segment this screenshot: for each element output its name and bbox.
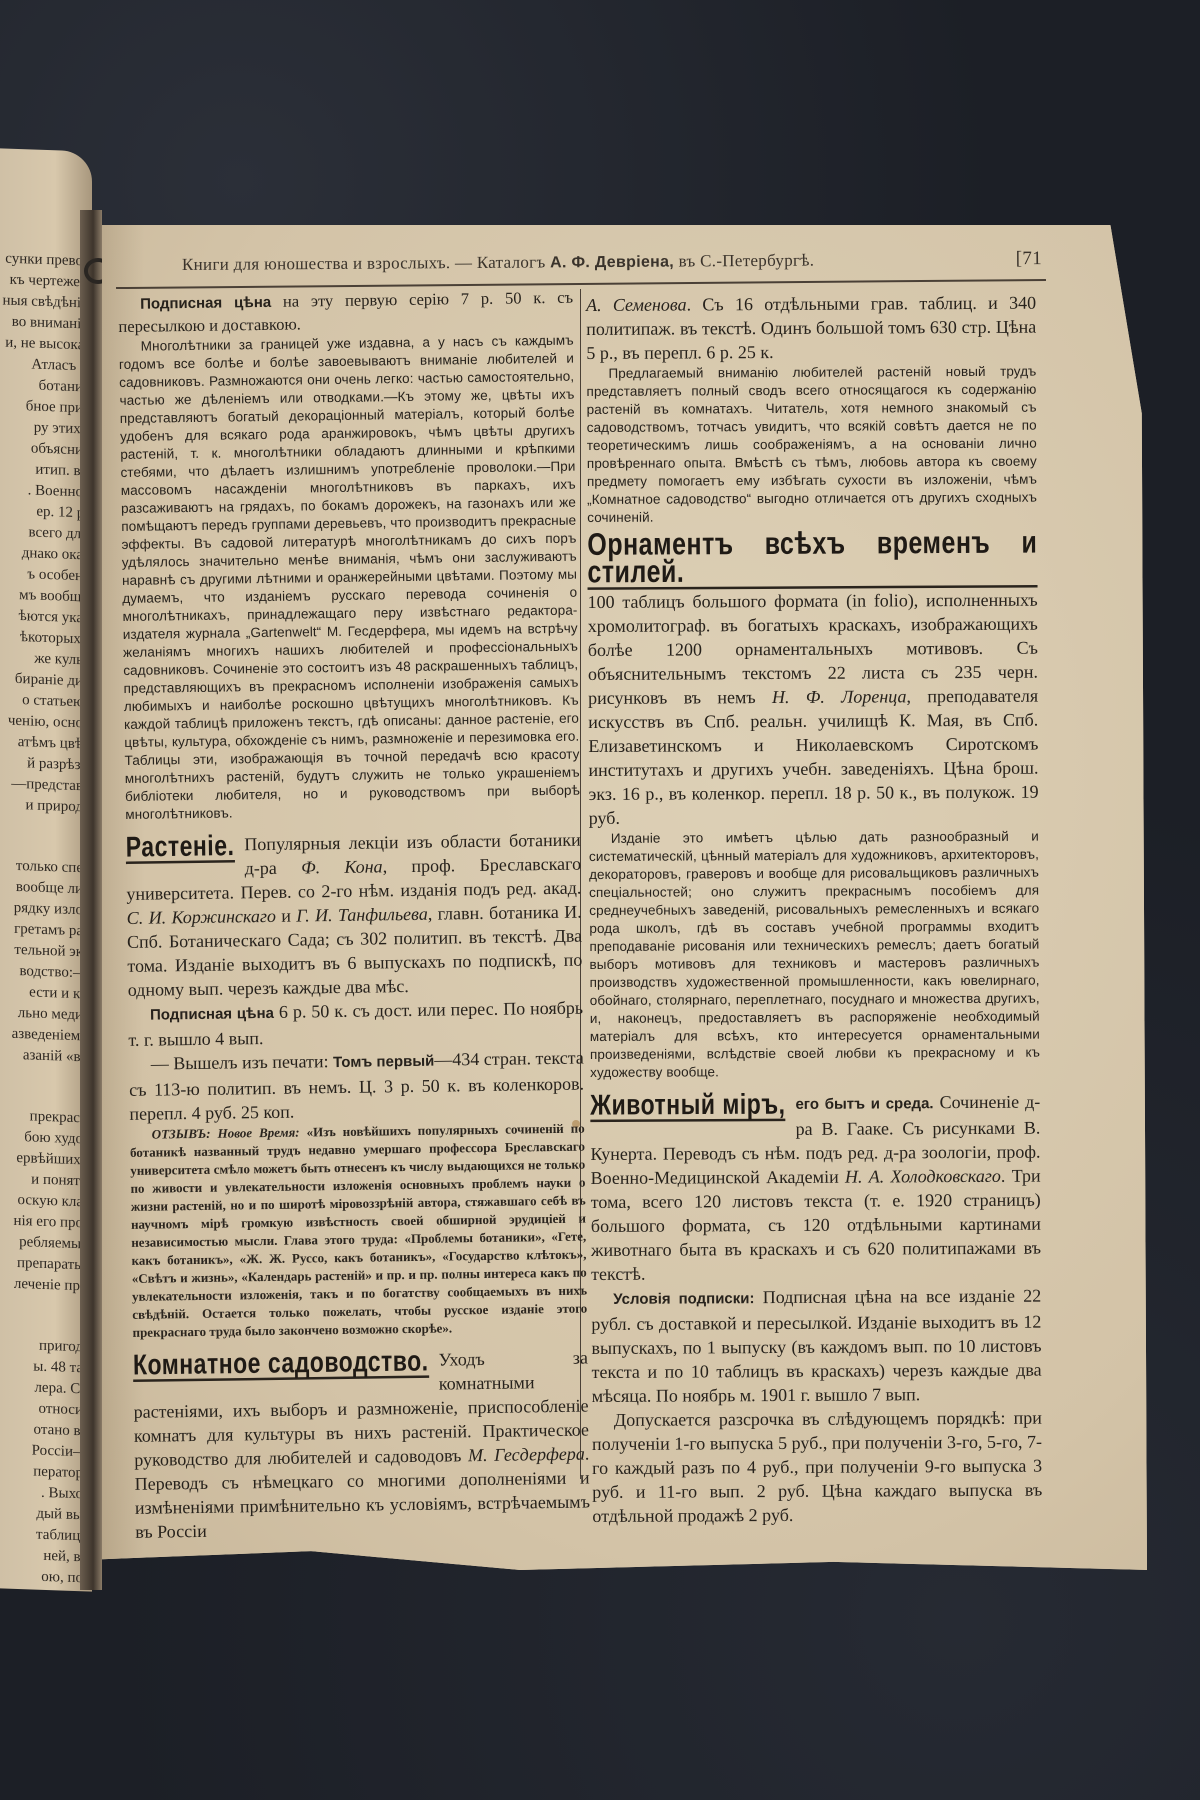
facing-page-line: объясни- — [2, 437, 88, 461]
facing-page-line: ператор- — [2, 1460, 88, 1484]
entry-heading-zhivotny: Животный міръ, — [590, 1090, 785, 1122]
facing-page-line: рядку изло- — [2, 897, 88, 921]
subscription-price-label: Подписная цѣна — [150, 1005, 274, 1024]
facing-page-line: ер. 12 р. — [2, 500, 88, 524]
facing-page-line: препараты, — [2, 1252, 88, 1276]
facing-page-line: бное при- — [2, 395, 88, 419]
facing-page-line: ы. 48 та- — [2, 1355, 88, 1379]
author-name: М. Гесдерфера — [468, 1444, 585, 1466]
facing-page-line: Атласъ и — [2, 353, 88, 377]
facing-page-line: лера. Съ — [2, 1376, 88, 1400]
running-header: Книги для юношества и взрослыхъ. — Катал… — [182, 248, 1042, 284]
facing-page-line: атѣмъ цвѣ- — [2, 731, 88, 755]
facing-page-line: мъ вообще — [2, 584, 88, 608]
perennials-description: Многолѣтники за границей уже издавна, а … — [119, 332, 581, 824]
facing-page-line: отано въ — [2, 1418, 88, 1442]
translator-name: А. Семенова — [586, 294, 687, 315]
editor-name: Г. И. Танфильева — [296, 904, 428, 926]
subscription-price-label: Подписная цѣна — [140, 294, 271, 313]
facing-page-line: ру этихъ — [2, 416, 88, 440]
press-review: ОТЗЫВЪ: Новое Время: «Изъ новѣйшихъ попу… — [130, 1120, 588, 1342]
entry-zhivotny-mir: Животный міръ, его бытъ и среда. Сочинен… — [590, 1090, 1042, 1528]
facing-page-line: и понятн — [2, 1168, 88, 1192]
facing-page-line: ребляемыя — [2, 1231, 88, 1255]
komnatnoe-description: Предлагаемый вниманію любителей растеній… — [586, 363, 1037, 527]
facing-page-line: Россіи— — [2, 1439, 88, 1463]
facing-page-line: ервѣйшихъ — [2, 1147, 88, 1171]
facing-page-line: сунки прево- — [2, 248, 88, 272]
entry-heading-ornament: Орнаментъ всѣхъ временъ и стилей. — [587, 529, 1037, 590]
facing-page-line: ести и къ — [2, 981, 88, 1005]
facing-page-line: ъ особен- — [2, 563, 88, 587]
ornament-description: Изданіе это имѣетъ цѣлью дать разнообраз… — [589, 828, 1040, 1082]
entry-rastenie: Растеніе. Популярныя лекціи изъ области … — [126, 828, 588, 1342]
facing-page-line: таблицъ — [2, 1523, 88, 1547]
facing-page-line: льно меди- — [2, 1002, 88, 1026]
facing-page-line: вообще ли- — [2, 876, 88, 900]
left-column: Подписная цѣна на эту первую серію 7 р. … — [118, 287, 590, 1544]
facing-page-line: и, не высока. — [2, 332, 88, 356]
entry-subtitle: его бытъ и среда. — [795, 1095, 933, 1113]
facing-page-line: леченіе при — [2, 1273, 88, 1297]
page-number: [71 — [1016, 248, 1042, 270]
facing-page-line: нія его про- — [2, 1210, 88, 1234]
editor-name: С. И. Коржинскаго — [127, 906, 276, 928]
entry-heading-rastenie: Растеніе. — [126, 831, 235, 864]
facing-page-line: бираніе ди- — [2, 668, 88, 692]
right-column: А. Семенова. Съ 16 отдѣльными грав. табл… — [586, 291, 1042, 1528]
entry-komnatnoe-continued: А. Семенова. Съ 16 отдѣльными грав. табл… — [586, 291, 1037, 527]
entry-perennials-continued: Подписная цѣна на эту первую серію 7 р. … — [118, 287, 580, 824]
facing-page-line: ботани- — [2, 374, 88, 398]
volume-label: Томъ первый — [333, 1053, 434, 1071]
facing-page-line: ою, по- — [2, 1565, 88, 1589]
facing-page-line: только спе- — [2, 855, 88, 879]
facing-page-line: . Военно- — [2, 479, 88, 503]
facing-page-gap — [2, 815, 88, 858]
facing-page-line: й разрѣзъ — [2, 752, 88, 776]
facing-page-line: ченію, осно- — [2, 710, 88, 734]
facing-page-gap — [2, 1294, 88, 1337]
catalogue-page: Книги для юношества и взрослыхъ. — Катал… — [102, 225, 1147, 1570]
facing-page-text: сунки прево-къ чертежейныя свѣдѣніяво вн… — [2, 248, 88, 1591]
facing-page-line: во вниманіе — [2, 311, 88, 335]
author-name: Ф. Кона — [301, 856, 383, 877]
facing-page-line: азаній «въ — [2, 1044, 88, 1068]
facing-page-line: оскую кла- — [2, 1189, 88, 1213]
facing-page-line: тельной эк- — [2, 939, 88, 963]
facing-page-line: и природ- — [2, 794, 88, 818]
subscription-conditions-label: Условія подписки: — [613, 1290, 754, 1308]
facing-page-line: ѣются ука- — [2, 605, 88, 629]
facing-page-gap — [2, 1065, 88, 1108]
facing-page-line: о статьею, — [2, 689, 88, 713]
header-title: Книги для юношества и взрослыхъ. — Катал… — [182, 251, 814, 275]
facing-page-line: къ чертежей — [2, 269, 88, 293]
entry-komnatnoe-sadovodstvo: Комнатное садоводство. Уходъ за комнатны… — [133, 1346, 591, 1544]
facing-page-line: водство:— — [2, 960, 88, 984]
review-source: ОТЗЫВЪ: Новое Время: — [152, 1125, 300, 1142]
facing-page-edge: сунки прево-къ чертежейныя свѣдѣніяво вн… — [0, 148, 92, 1591]
facing-page-line: дый вы- — [2, 1502, 88, 1526]
facing-page-line: ныя свѣдѣнія — [2, 290, 88, 314]
facing-page-line: ѣкоторыхъ — [2, 626, 88, 650]
editor-name: Н. А. Холодковскаго — [845, 1166, 1001, 1187]
publisher-name: А. Ф. Девріена, — [550, 254, 674, 272]
entry-heading-komnatnoe: Комнатное садоводство. — [133, 1347, 429, 1382]
book-spine — [80, 210, 102, 1590]
facing-page-line: азведеніемъ — [2, 1023, 88, 1047]
facing-page-line: всего для — [2, 521, 88, 545]
facing-page-line: ней, въ — [2, 1544, 88, 1568]
facing-page-line: относи- — [2, 1397, 88, 1421]
facing-page-line: прекрасн — [2, 1105, 88, 1129]
facing-page-line: же куль- — [2, 647, 88, 671]
entry-ornament: Орнаментъ всѣхъ временъ и стилей. 100 та… — [587, 535, 1040, 1082]
facing-page-line: —представ- — [2, 773, 88, 797]
installment-terms: Допускается разсрочка въ слѣдующемъ поря… — [592, 1406, 1043, 1528]
facing-page-line: гретамъ ра- — [2, 918, 88, 942]
facing-page-line: итип. въ — [2, 458, 88, 482]
facing-page-line: днако ока- — [2, 542, 88, 566]
author-name: Н. Ф. Лоренца — [772, 686, 907, 707]
facing-page-line: бою худо- — [2, 1126, 88, 1150]
facing-page-line: пригод- — [2, 1334, 88, 1358]
facing-page-line: . Выхо- — [2, 1481, 88, 1505]
